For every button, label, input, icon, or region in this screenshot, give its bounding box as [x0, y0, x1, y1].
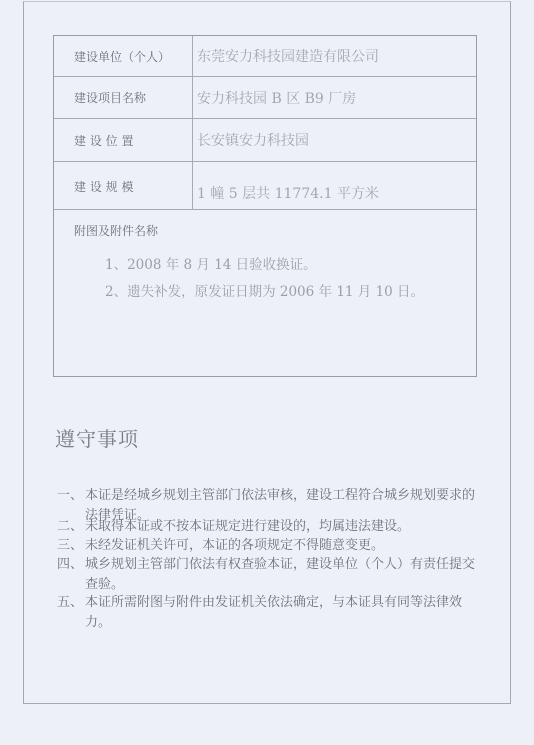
- item-number: 五、: [57, 593, 83, 613]
- construction-unit-value: 东莞安力科技园建造有限公司: [194, 36, 476, 76]
- row-location: 建 设 位 置 长安镇安力科技园: [54, 119, 476, 162]
- project-name-value: 安力科技园 B 区 B9 厂房: [194, 77, 476, 118]
- compliance-item-4: 四、 城乡规划主管部门依法有权查验本证，建设单位（个人）有责任提交查验。: [57, 555, 487, 595]
- location-value: 长安镇安力科技园: [194, 119, 476, 161]
- row-project-name: 建设项目名称 安力科技园 B 区 B9 厂房: [54, 77, 476, 119]
- construction-unit-label: 建设单位（个人）: [54, 36, 193, 76]
- compliance-item-3: 三、 未经发证机关许可，本证的各项规定不得随意变更。: [57, 536, 487, 556]
- scale-label: 建 设 规 模: [54, 162, 193, 209]
- attachment-item-1: 1、2008 年 8 月 14 日验收换证。: [105, 253, 317, 273]
- attachment-item-2: 2、遗失补发，原发证日期为 2006 年 11 月 10 日。: [105, 280, 424, 300]
- attachments-label: 附图及附件名称: [74, 222, 158, 239]
- compliance-title: 遵守事项: [55, 423, 139, 452]
- item-text: 未取得本证或不按本证规定进行建设的，均属违法建设。: [57, 517, 487, 537]
- item-number: 三、: [57, 536, 83, 556]
- item-text: 本证所需附图与附件由发证机关依法确定，与本证具有同等法律效力。: [57, 593, 487, 633]
- compliance-item-2: 二、 未取得本证或不按本证规定进行建设的，均属违法建设。: [57, 517, 487, 537]
- item-number: 一、: [57, 486, 83, 506]
- item-number: 四、: [57, 555, 83, 575]
- project-name-label: 建设项目名称: [54, 77, 193, 118]
- scale-value: 1 幢 5 层共 11774.1 平方米: [194, 162, 476, 209]
- project-info-table: 建设单位（个人） 东莞安力科技园建造有限公司 建设项目名称 安力科技园 B 区 …: [53, 35, 477, 377]
- compliance-item-5: 五、 本证所需附图与附件由发证机关依法确定，与本证具有同等法律效力。: [57, 593, 487, 633]
- item-number: 二、: [57, 517, 83, 537]
- row-scale: 建 设 规 模 1 幢 5 层共 11774.1 平方米: [54, 162, 476, 210]
- location-label: 建 设 位 置: [54, 119, 193, 161]
- row-construction-unit: 建设单位（个人） 东莞安力科技园建造有限公司: [54, 36, 476, 77]
- item-text: 未经发证机关许可，本证的各项规定不得随意变更。: [57, 536, 487, 556]
- item-text: 城乡规划主管部门依法有权查验本证，建设单位（个人）有责任提交查验。: [57, 555, 487, 595]
